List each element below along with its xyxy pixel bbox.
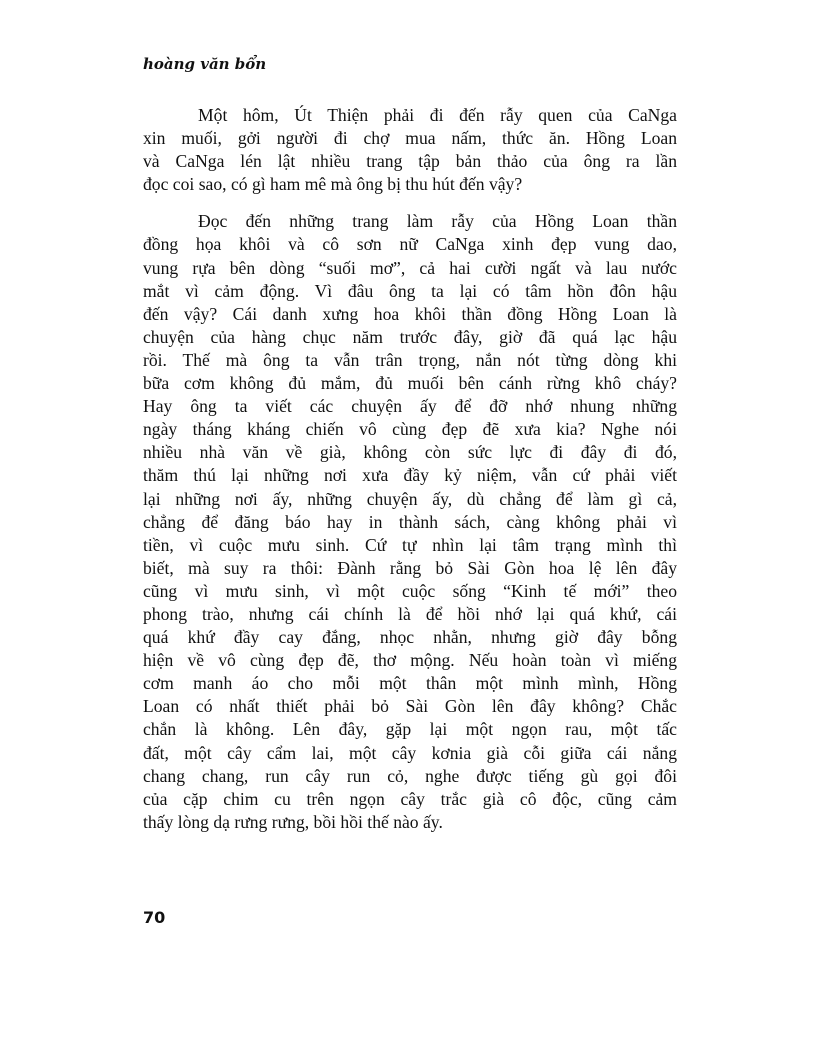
text-line: hiện về vô cùng đẹp đẽ, thơ mộng. Nếu ho…	[143, 649, 677, 672]
text-line: chẳng để đăng báo hay in thành sách, càn…	[143, 511, 677, 534]
text-line: đất, một cây cẩm lai, một cây kơnia già …	[143, 742, 677, 765]
text-line: biết, mà suy ra thôi: Đành rằng bỏ Sài G…	[143, 557, 677, 580]
paragraph-2: Đọc đến những trang làm rẫy của Hồng Loa…	[143, 210, 677, 834]
text-line: đồng họa khôi và cô sơn nữ CaNga xinh đẹ…	[143, 233, 677, 256]
paragraph-1: Một hôm, Út Thiện phải đi đến rẫy quen c…	[143, 104, 677, 196]
text-line: ngày tháng kháng chiến vô cùng đẹp đẽ xư…	[143, 418, 677, 441]
text-line: vung rựa bên dòng “suối mơ”, cả hai cười…	[143, 257, 677, 280]
text-line: tiền, vì cuộc mưu sinh. Cứ tự nhìn lại t…	[143, 534, 677, 557]
paragraph-gap	[143, 196, 677, 210]
text-line: rồi. Thế mà ông ta vẫn trân trọng, nắn n…	[143, 349, 677, 372]
text-line: và CaNga lén lật nhiều trang tập bản thả…	[143, 150, 677, 173]
text-line: của cặp chim cu trên ngọn cây trắc già c…	[143, 788, 677, 811]
text-line: bữa cơm không đủ mắm, đủ muối bên cánh r…	[143, 372, 677, 395]
text-line: đọc coi sao, có gì ham mê mà ông bị thu …	[143, 173, 677, 196]
text-line: chang chang, run cây run cỏ, nghe được t…	[143, 765, 677, 788]
text-line: mắt vì cảm động. Vì đâu ông ta lại có tâ…	[143, 280, 677, 303]
text-line: thấy lòng dạ rưng rưng, bồi hồi thế nào …	[143, 811, 677, 834]
text-line: thăm thú lại những nơi xưa đầy kỷ niệm, …	[143, 464, 677, 487]
text-line: phong trào, nhưng cái chính là để hồi nh…	[143, 603, 677, 626]
text-line: Loan có nhất thiết phải bỏ Sài Gòn lên đ…	[143, 695, 677, 718]
text-line: Hay ông ta viết các chuyện ấy để đỡ nhớ …	[143, 395, 677, 418]
text-line: Một hôm, Út Thiện phải đi đến rẫy quen c…	[143, 104, 677, 127]
text-line: cũng vì mưu sinh, vì một cuộc sống “Kinh…	[143, 580, 677, 603]
text-line: xin muối, gởi người đi chợ mua nấm, thức…	[143, 127, 677, 150]
body-text: Một hôm, Út Thiện phải đi đến rẫy quen c…	[143, 104, 677, 834]
book-page: hoàng văn bổn Một hôm, Út Thiện phải đi …	[0, 0, 816, 1056]
page-number: 70	[143, 908, 165, 927]
text-line: chuyện của hàng chục năm trước đây, giờ …	[143, 326, 677, 349]
text-line: chắn là không. Lên đây, gặp lại một ngọn…	[143, 718, 677, 741]
text-line: đến vậy? Cái danh xưng hoa khôi thần đồn…	[143, 303, 677, 326]
text-line: Đọc đến những trang làm rẫy của Hồng Loa…	[143, 210, 677, 233]
text-line: quá khứ đầy cay đắng, nhọc nhằn, nhưng g…	[143, 626, 677, 649]
text-line: lại những nơi ấy, những chuyện ấy, dù ch…	[143, 488, 677, 511]
text-line: nhiều nhà văn về già, không còn sức lực …	[143, 441, 677, 464]
running-header-author: hoàng văn bổn	[143, 55, 266, 73]
text-line: cơm manh áo cho mỗi một thân một mình mì…	[143, 672, 677, 695]
